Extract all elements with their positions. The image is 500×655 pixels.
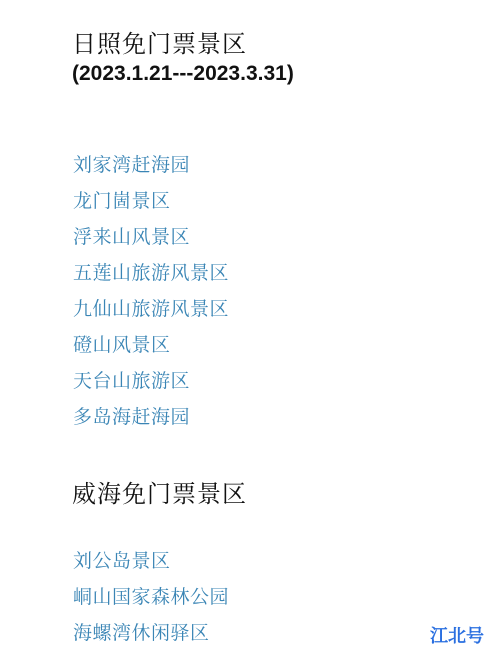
rizhao-section-title: 日照免门票景区	[72, 24, 247, 59]
rizhao-scenic-list: 刘家湾赶海园 龙门崮景区 浮来山风景区 五莲山旅游风景区 九仙山旅游风景区 磴山…	[73, 147, 229, 435]
list-item[interactable]: 磴山风景区	[73, 327, 229, 363]
list-item[interactable]: 峒山国家森林公园	[73, 579, 229, 615]
weihai-section-title: 威海免门票景区	[72, 474, 247, 509]
list-item[interactable]: 海螺湾休闲驿区	[73, 615, 229, 651]
list-item[interactable]: 五莲山旅游风景区	[73, 255, 229, 291]
list-item[interactable]: 刘公岛景区	[73, 543, 229, 579]
list-item[interactable]: 浮来山风景区	[73, 219, 229, 255]
weihai-scenic-list: 刘公岛景区 峒山国家森林公园 海螺湾休闲驿区	[73, 543, 229, 651]
list-item[interactable]: 多岛海赶海园	[73, 399, 229, 435]
list-item[interactable]: 龙门崮景区	[73, 183, 229, 219]
list-item[interactable]: 刘家湾赶海园	[73, 147, 229, 183]
watermark: 江北号	[430, 622, 484, 648]
list-item[interactable]: 天台山旅游区	[73, 363, 229, 399]
date-range: (2023.1.21---2023.3.31)	[72, 62, 294, 86]
list-item[interactable]: 九仙山旅游风景区	[73, 291, 229, 327]
